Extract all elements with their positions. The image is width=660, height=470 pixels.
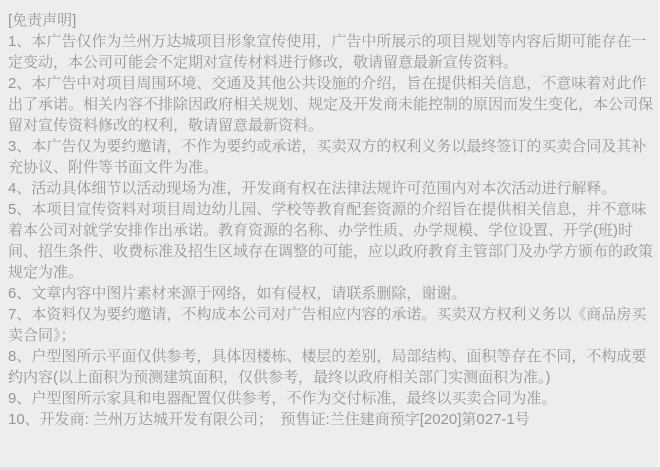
disclaimer-item-10: 10、开发商: 兰州万达城开发有限公司； 预售证:兰住建商预字[2020]第02… — [8, 409, 654, 430]
disclaimer-item-8: 8、户型图所示平面仅供参考，具体因楼栋、楼层的差别，局部结构、面积等存在不同，不… — [8, 346, 654, 388]
disclaimer-page: [免责声明] 1、本广告仅作为兰州万达城项目形象宣传使用，广告中所展示的项目规划… — [0, 0, 660, 470]
disclaimer-item-4: 4、活动具体细节以活动现场为准，开发商有权在法律法规许可范围内对本次活动进行解释… — [8, 178, 654, 199]
disclaimer-title: [免责声明] — [8, 10, 654, 31]
disclaimer-item-7: 7、本资料仅为要约邀请，不构成本公司对广告相应内容的承诺。买卖双方权利义务以《商… — [8, 304, 654, 346]
disclaimer-item-1: 1、本广告仅作为兰州万达城项目形象宣传使用，广告中所展示的项目规划等内容后期可能… — [8, 31, 654, 73]
disclaimer-item-5: 5、本项目宣传资料对项目周边幼儿园、学校等教育配套资源的介绍旨在提供相关信息，并… — [8, 199, 654, 283]
disclaimer-item-9: 9、户型图所示家具和电器配置仅供参考，不作为交付标准，最终以买卖合同为准。 — [8, 388, 654, 409]
disclaimer-item-6: 6、文章内容中图片素材来源于网络，如有侵权，请联系删除，谢谢。 — [8, 283, 654, 304]
disclaimer-text-block: [免责声明] 1、本广告仅作为兰州万达城项目形象宣传使用，广告中所展示的项目规划… — [0, 0, 660, 430]
disclaimer-item-2: 2、本广告中对项目周围环境、交通及其他公共设施的介绍，旨在提供相关信息，不意味着… — [8, 73, 654, 136]
disclaimer-item-3: 3、本广告仅为要约邀请，不作为要约或承诺，买卖双方的权利义务以最终签订的买卖合同… — [8, 136, 654, 178]
